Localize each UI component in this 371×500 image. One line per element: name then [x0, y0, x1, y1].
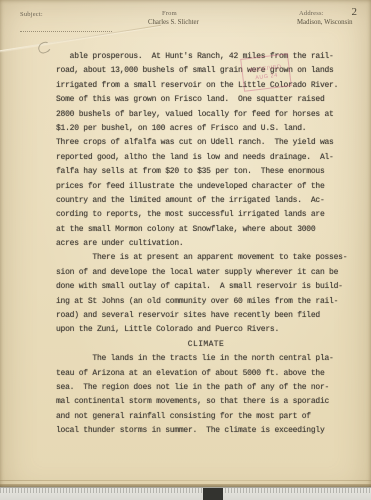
page-number: 2 [352, 6, 358, 18]
paragraph-irrigation: able prosperous. At Hunt's Ranch, 42 mil… [56, 50, 356, 251]
section-heading-climate: CLIMATE [56, 338, 356, 352]
paper-crease-bottom [0, 480, 371, 481]
text-line: acres are under cultivation. [56, 237, 356, 251]
text-line: The lands in the tracts lie in the north… [56, 352, 356, 366]
ruler-dark-marker [203, 488, 223, 500]
text-line: at the small Mormon colony at Snowflake,… [56, 223, 356, 237]
scanner-ruler [0, 487, 371, 500]
address-label: Address: [299, 10, 324, 17]
document-page: Subject: From Charles S. Slichter Addres… [0, 0, 371, 500]
text-line: mal continental storm movements, so that… [56, 395, 356, 409]
text-line: and not general rainfall consisting for … [56, 410, 356, 424]
text-line: prices for feed illustrate the undevelop… [56, 180, 356, 194]
text-line: Some of this was grown on Frisco land. O… [56, 93, 356, 107]
text-line: sea. The region does not lie in the path… [56, 381, 356, 395]
text-line: ing at St Johns (an old community over 6… [56, 295, 356, 309]
text-line: 2800 bushels of barley, valued locally f… [56, 108, 356, 122]
text-line: country and the limited amount of the ir… [56, 194, 356, 208]
text-line: able prosperous. At Hunt's Ranch, 42 mil… [56, 50, 356, 64]
text-line: road, about 13,000 bushels of small grai… [56, 64, 356, 78]
subject-underline [20, 31, 112, 32]
text-line: falfa hay sells at from $20 to $35 per t… [56, 165, 356, 179]
paragraph-water-supply: There is at present an apparent movement… [56, 251, 356, 337]
text-line: local thunder storms in summer. The clim… [56, 424, 356, 438]
text-line: $1.20 per bushel, on 100 acres of Frisco… [56, 122, 356, 136]
text-line: upon the Zuni, Little Colorado and Puerc… [56, 323, 356, 337]
from-label: From [162, 10, 177, 17]
address-value: Madison, Wisconsin [297, 19, 353, 26]
text-line: sion of and develope the local water sup… [56, 266, 356, 280]
text-line: road) and several reservoir sites have r… [56, 309, 356, 323]
text-line: irrigated from a small reservoir on the … [56, 79, 356, 93]
text-line: done with small outlay of capital. A sma… [56, 280, 356, 294]
subject-label: Subject: [20, 11, 43, 18]
typed-body: able prosperous. At Hunt's Ranch, 42 mil… [56, 50, 356, 439]
text-line: Three crops of alfalfa was cut on Udell … [56, 136, 356, 150]
from-value: Charles S. Slichter [148, 19, 199, 26]
text-line: reported good, altho the land is low and… [56, 151, 356, 165]
paragraph-climate: The lands in the tracts lie in the north… [56, 352, 356, 438]
text-line: teau of Arizona at an elevation of about… [56, 367, 356, 381]
ruler-tick-marks [0, 488, 371, 493]
paper-crease-top [0, 25, 161, 53]
text-line: cording to reports, the most successful … [56, 208, 356, 222]
text-line: There is at present an apparent movement… [56, 251, 356, 265]
